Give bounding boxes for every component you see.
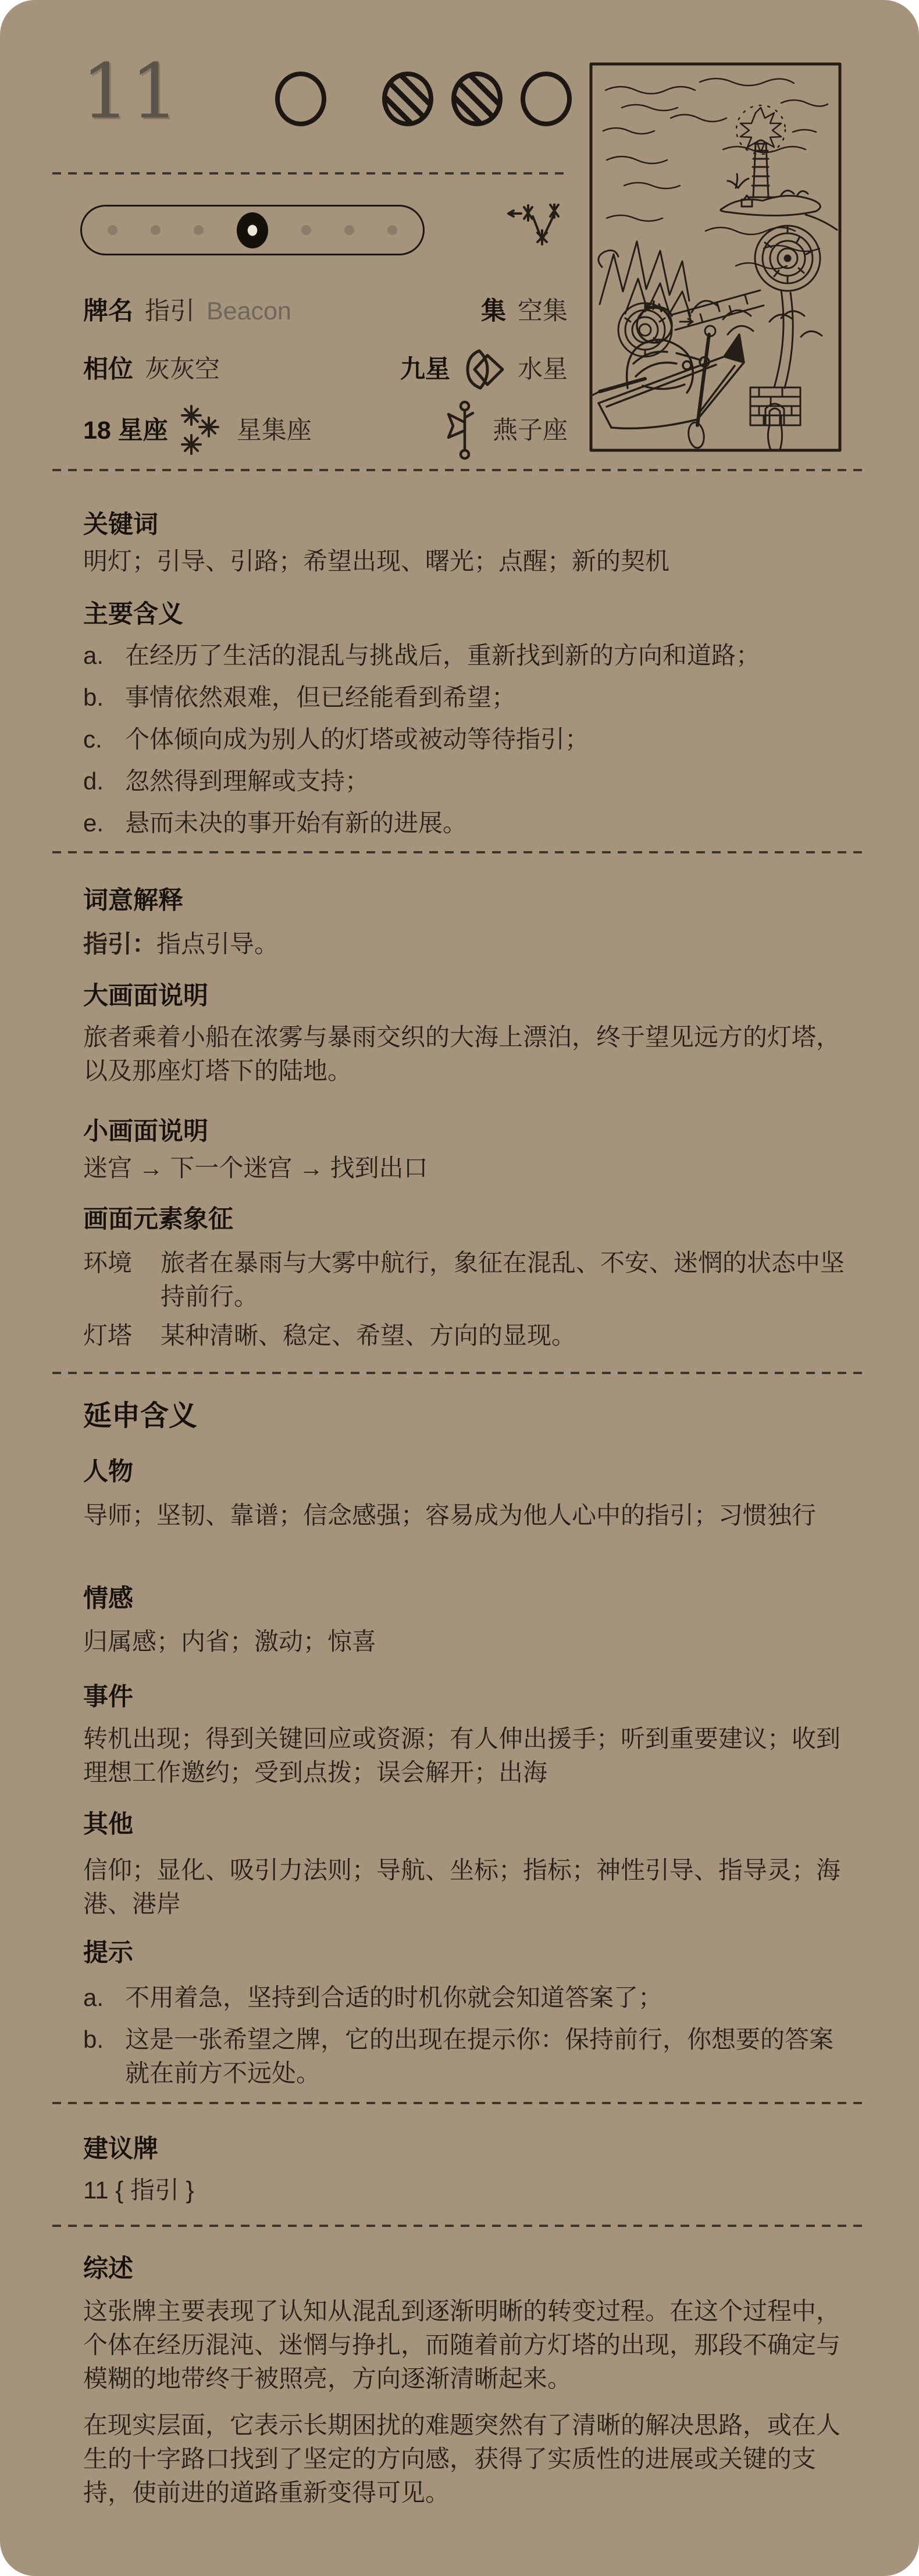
progress-dot[interactable] [108,225,117,235]
progress-dot[interactable] [344,225,354,235]
item-marker: b. [83,2023,112,2090]
small-picture-heading: 小画面说明 [83,1118,208,1146]
list-item: a. 在经历了生活的混乱与挑战后，重新找到新的方向和道路； [83,639,857,673]
mercury-glyph-icon [462,347,506,392]
constellation-glyph-icon [505,204,569,250]
phase-circle-empty [521,72,572,126]
tips-list: a. 不用着急，坚持到合适的时机你就会知道答案了； b. 这是一张希望之牌，它的… [83,1981,857,2098]
main-meanings-list: a. 在经历了生活的混乱与挑战后，重新找到新的方向和道路； b. 事情依然艰难，… [83,639,857,848]
extended-group-other-heading: 其他 [83,1810,133,1839]
keywords-text: 明灯；引导、引路；希望出现、曙光；点醒；新的契机 [83,545,851,578]
item-text: 悬而未决的事开始有新的进展。 [112,806,857,840]
extended-group-people-text: 导师；坚韧、靠谱；信念感强；容易成为他人心中的指引；习惯独行 [83,1499,851,1532]
card-name-value: 指引 [145,294,195,329]
progress-dot[interactable] [387,225,397,235]
extended-group-people-heading: 人物 [83,1458,133,1486]
extended-group-emotion-text: 归属感；内省；激动；惊喜 [83,1625,851,1659]
extended-group-other-text: 信仰；显化、吸引力法则；导航、坐标；指标；神性引导、指导灵；海港、港岸 [83,1853,851,1921]
symbol-label: 环境 [83,1246,144,1314]
divider [52,851,867,853]
phase-circle-empty [275,72,326,126]
divider [52,1372,867,1374]
big-picture-text: 旅者乘着小船在浓雾与暴雨交织的大海上漂泊，终于望见远方的灯塔，以及那座灯塔下的陆… [83,1020,851,1088]
item-text: 事情依然艰难，但已经能看到希望； [112,681,857,714]
summary-paragraph: 在现实层面，它表示长期困扰的难题突然有了清晰的解决思路，或在人生的十字路口找到了… [83,2408,851,2510]
item-marker: b. [83,681,112,714]
word-meaning-text: 指引：指点引导。 [83,927,851,961]
set-label: 集 [481,294,506,329]
summary-heading: 综述 [83,2255,133,2283]
divider [52,172,567,175]
small-picture-text: 迷宫 → 下一个迷宫 → 找到出口 [83,1151,851,1185]
item-text: 这是一张希望之牌，它的出现在提示你：保持前行，你想要的答案就在前方不远处。 [112,2023,857,2090]
card-name-label: 牌名 [83,294,133,329]
item-text: 忽然得到理解或支持； [112,764,857,798]
star-cluster-glyph-icon [180,405,225,456]
info-row-constellation: 18 星座 星集座 [83,400,568,461]
list-item: b. 事情依然艰难，但已经能看到希望； [83,681,857,714]
extended-heading: 延申含义 [83,1400,197,1432]
item-text: 个体倾向成为别人的灯塔或被动等待指引； [112,723,857,756]
nine-star-label: 九星 [400,352,450,387]
info-row-name: 牌名 指引 Beacon 集 空集 [83,294,568,329]
word-term: 指引： [83,930,156,958]
divider [52,469,867,471]
summary-paragraph: 这张牌主要表现了认知从混乱到逐渐明晰的转变过程。在这个过程中，个体在经历混沌、迷… [83,2294,851,2396]
big-picture-heading: 大画面说明 [83,982,208,1011]
nine-star-value: 水星 [518,352,568,387]
item-marker: e. [83,806,112,840]
progress-dot[interactable] [151,225,161,235]
list-item: a. 不用着急，坚持到合适的时机你就会知道答案了； [83,1981,857,2015]
advice-heading: 建议牌 [83,2135,158,2164]
phase-circles [275,72,572,126]
card-number: 11 [81,54,180,129]
symbol-label: 灯塔 [83,1319,144,1353]
symbols-heading: 画面元素象征 [83,1205,233,1234]
keywords-heading: 关键词 [83,511,158,539]
list-item: c. 个体倾向成为别人的灯塔或被动等待指引； [83,723,857,756]
progress-dot[interactable] [301,225,311,235]
phase-circle-hatched [382,72,433,126]
list-item: b. 这是一张希望之牌，它的出现在提示你：保持前行，你想要的答案就在前方不远处。 [83,2023,857,2090]
item-text: 不用着急，坚持到合适的时机你就会知道答案了； [112,1981,857,2015]
progress-track[interactable] [80,205,425,255]
extended-group-event-text: 转机出现；得到关键回应或资源；有人伸出援手；听到重要建议；收到理想工作邀约；受到… [83,1722,851,1789]
extended-group-emotion-heading: 情感 [83,1585,133,1613]
main-meanings-heading: 主要含义 [83,600,183,629]
card-name-en: Beacon [206,294,291,329]
symbol-text: 旅者在暴雨与大雾中航行，象征在混乱、不安、迷惘的状态中坚持前行。 [144,1246,857,1314]
symbol-row: 环境 旅者在暴雨与大雾中航行，象征在混乱、不安、迷惘的状态中坚持前行。 [83,1246,857,1314]
item-marker: d. [83,764,112,798]
tips-heading: 提示 [83,1939,133,1967]
list-item: e. 悬而未决的事开始有新的进展。 [83,806,857,840]
extended-group-event-heading: 事件 [83,1683,133,1712]
card-illustration [589,62,842,452]
item-marker: a. [83,1981,112,2015]
symbol-text: 某种清晰、稳定、希望、方向的显现。 [144,1319,857,1353]
info-row-phase: 相位 灰灰空 九星 水星 [83,347,568,392]
phase-label: 相位 [83,352,133,387]
constellation-value: 星集座 [237,413,312,448]
word-meaning-heading: 词意解释 [83,887,183,915]
progress-dot-active[interactable] [237,212,268,248]
item-text: 在经历了生活的混乱与挑战后，重新找到新的方向和道路； [112,639,857,673]
item-marker: c. [83,723,112,756]
constellation-label: 18 星座 [83,413,168,448]
swallow-glyph-icon [445,400,481,461]
progress-dot[interactable] [194,225,204,235]
swallow-value: 燕子座 [493,413,568,448]
advice-value: 11 { 指引 } [83,2173,851,2207]
set-value: 空集 [518,294,568,329]
divider [52,2102,867,2104]
phase-value: 灰灰空 [145,352,220,387]
item-marker: a. [83,639,112,673]
word-definition: 指点引导。 [156,930,279,958]
card-page: 11 [0,0,919,2576]
divider [52,2225,867,2227]
phase-circle-hatched [451,72,503,126]
symbol-row: 灯塔 某种清晰、稳定、希望、方向的显现。 [83,1319,857,1353]
list-item: d. 忽然得到理解或支持； [83,764,857,798]
